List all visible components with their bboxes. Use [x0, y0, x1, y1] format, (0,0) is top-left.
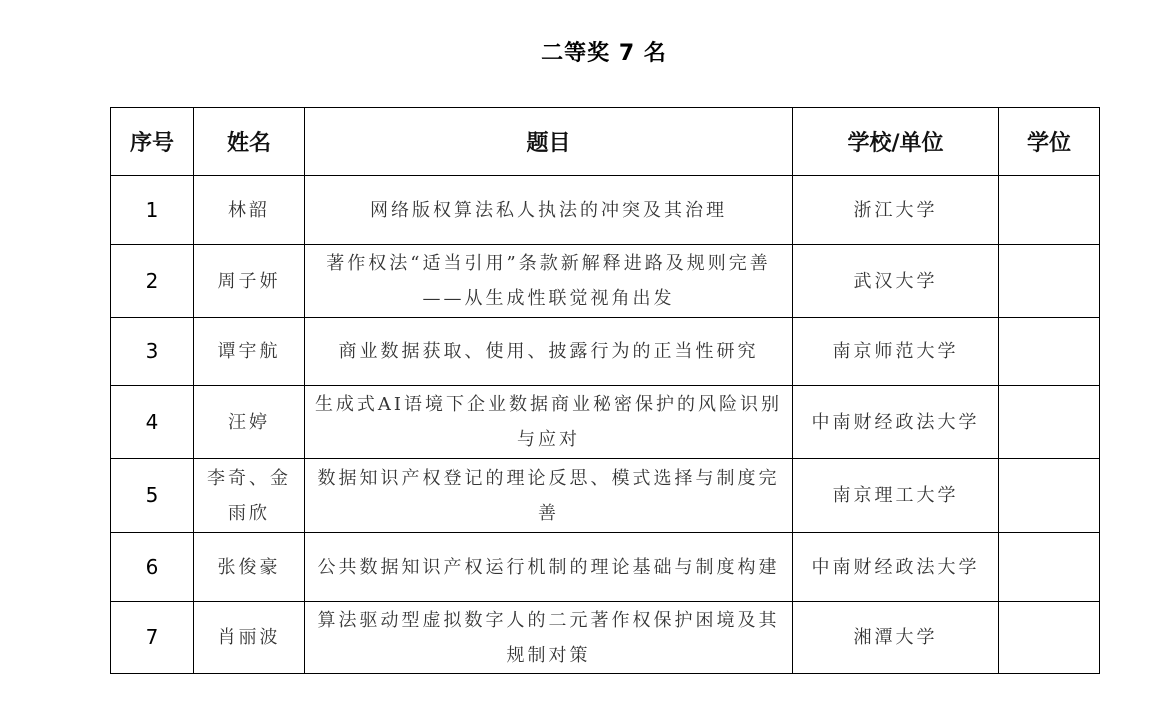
cell-degree — [999, 245, 1100, 318]
header-degree: 学位 — [999, 108, 1100, 176]
cell-index: 6 — [111, 533, 194, 602]
cell-name: 谭宇航 — [194, 318, 305, 386]
cell-school: 浙江大学 — [793, 176, 999, 245]
cell-name: 林韶 — [194, 176, 305, 245]
table-row: 6 张俊豪 公共数据知识产权运行机制的理论基础与制度构建 中南财经政法大学 — [111, 533, 1100, 602]
cell-name: 周子妍 — [194, 245, 305, 318]
cell-school: 中南财经政法大学 — [793, 533, 999, 602]
cell-index: 1 — [111, 176, 194, 245]
table-row: 2 周子妍 著作权法“适当引用”条款新解释进路及规则完善——从生成性联觉视角出发… — [111, 245, 1100, 318]
cell-school: 南京师范大学 — [793, 318, 999, 386]
table-header-row: 序号 姓名 题目 学校/单位 学位 — [111, 108, 1100, 176]
cell-name: 汪婷 — [194, 386, 305, 459]
table-row: 4 汪婷 生成式AI语境下企业数据商业秘密保护的风险识别与应对 中南财经政法大学 — [111, 386, 1100, 459]
header-name: 姓名 — [194, 108, 305, 176]
cell-topic: 网络版权算法私人执法的冲突及其治理 — [305, 176, 793, 245]
cell-degree — [999, 176, 1100, 245]
header-topic: 题目 — [305, 108, 793, 176]
cell-degree — [999, 533, 1100, 602]
award-table: 序号 姓名 题目 学校/单位 学位 1 林韶 网络版权算法私人执法的冲突及其治理… — [110, 107, 1100, 674]
table-row: 1 林韶 网络版权算法私人执法的冲突及其治理 浙江大学 — [111, 176, 1100, 245]
header-school: 学校/单位 — [793, 108, 999, 176]
award-title: 二等奖 7 名 — [0, 36, 1175, 67]
cell-degree — [999, 318, 1100, 386]
table-row: 5 李奇、金雨欣 数据知识产权登记的理论反思、模式选择与制度完善 南京理工大学 — [111, 459, 1100, 533]
cell-topic: 著作权法“适当引用”条款新解释进路及规则完善——从生成性联觉视角出发 — [305, 245, 793, 318]
table-row: 3 谭宇航 商业数据获取、使用、披露行为的正当性研究 南京师范大学 — [111, 318, 1100, 386]
cell-school: 湘潭大学 — [793, 602, 999, 674]
cell-index: 4 — [111, 386, 194, 459]
cell-index: 3 — [111, 318, 194, 386]
cell-school: 中南财经政法大学 — [793, 386, 999, 459]
cell-school: 武汉大学 — [793, 245, 999, 318]
cell-degree — [999, 386, 1100, 459]
table-row: 7 肖丽波 算法驱动型虚拟数字人的二元著作权保护困境及其规制对策 湘潭大学 — [111, 602, 1100, 674]
cell-index: 2 — [111, 245, 194, 318]
cell-topic: 数据知识产权登记的理论反思、模式选择与制度完善 — [305, 459, 793, 533]
cell-degree — [999, 459, 1100, 533]
cell-name: 肖丽波 — [194, 602, 305, 674]
cell-school: 南京理工大学 — [793, 459, 999, 533]
header-index: 序号 — [111, 108, 194, 176]
cell-name: 李奇、金雨欣 — [194, 459, 305, 533]
cell-topic: 生成式AI语境下企业数据商业秘密保护的风险识别与应对 — [305, 386, 793, 459]
cell-index: 5 — [111, 459, 194, 533]
cell-topic: 公共数据知识产权运行机制的理论基础与制度构建 — [305, 533, 793, 602]
cell-name: 张俊豪 — [194, 533, 305, 602]
cell-topic: 算法驱动型虚拟数字人的二元著作权保护困境及其规制对策 — [305, 602, 793, 674]
cell-degree — [999, 602, 1100, 674]
cell-topic: 商业数据获取、使用、披露行为的正当性研究 — [305, 318, 793, 386]
cell-index: 7 — [111, 602, 194, 674]
